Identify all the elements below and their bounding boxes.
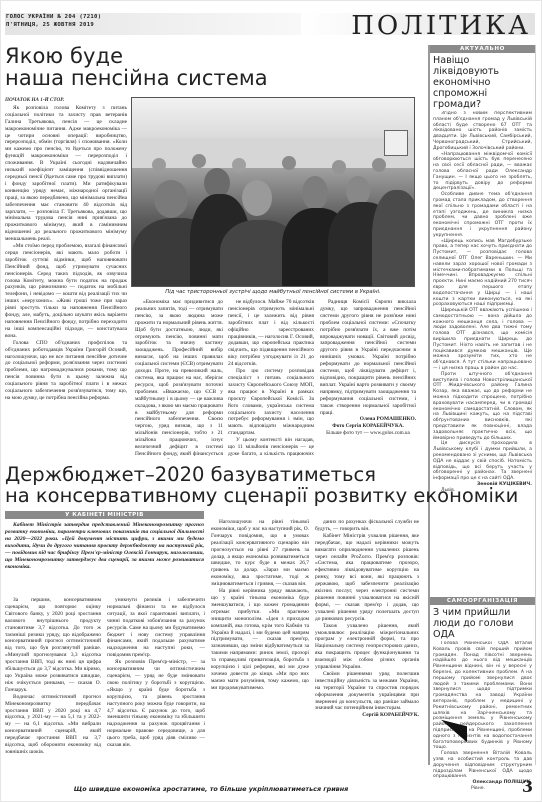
article1-paragraph: «Ми стоїмо перед проблемою, взагалі фіна… [5, 243, 127, 340]
sidebar-article2-title: З чим прийшли люди до голови ОДА [430, 605, 535, 641]
article2-paragraph: Наголошуючи на рівні тіньової економіки,… [211, 519, 309, 588]
article1-paragraph: «Економіка має придивитися до реальних з… [135, 299, 223, 459]
article2-paragraph: На рівні керівника уряду вважають, що у … [211, 588, 309, 692]
article2-section-tag: У КАБІНЕТІ МІНІСТРІВ [5, 511, 204, 519]
newspaper-page: ГОЛОС УКРАЇНИ № 204 (7210) П'ЯТНИЦЯ, 25 … [0, 0, 542, 802]
article1-column-2: «Економіка має придивитися до реальних з… [135, 299, 223, 459]
article2-paragraph: Своїми рішеннями уряд полегшив інвестиці… [315, 671, 419, 712]
photo-ceiling [132, 98, 414, 138]
continued-from-kicker: ПОЧАТОК НА 1-Й СТОР. [5, 97, 127, 104]
article1-paragraph: Про цю систему розповідав спеціаліст з п… [228, 368, 314, 437]
article1-paragraph: Голова СПО об'єднаних профспілок та об'є… [5, 340, 127, 402]
bottom-quote: Що швидше економіка зростатиме, то більш… [1, 785, 421, 793]
article1-paragraph: не відбулося. Майже 70 відсотків пенсіон… [228, 299, 314, 368]
photo-projection-screen [384, 130, 408, 156]
article1-headline-line1: Якою буде [5, 45, 268, 67]
article2-headline-line1: Держбюджет–2020 базуватиметься [5, 464, 518, 485]
sidebar-paragraph: Згідно з новим перспективним планом об'є… [433, 111, 532, 152]
article2-column-1: За першим, консервативним сценарієм, що … [5, 597, 101, 781]
article2-paragraph: Також ухвалено рішення, який уможливлює … [315, 623, 419, 671]
section-rubric: ПОЛІТИКА [351, 11, 531, 41]
sidebar-paragraph: Особливе дивне тема об'єднання громад ст… [433, 192, 532, 238]
article1-column-3: не відбулося. Майже 70 відсотків пенсіон… [228, 299, 314, 459]
sidebar-article2-place: Рівне. [433, 786, 532, 792]
article2-author: Сергій КОРАБЕЙЧУК. [315, 712, 419, 719]
article1-paragraph: У цьому контексті він нагадав, що 11 міл… [228, 437, 314, 459]
article2-column-4: даних по рахунках фіскальної служби не б… [315, 519, 419, 781]
article2-headline: Держбюджет–2020 базуватиметься на консер… [5, 464, 518, 506]
sidebar-tag-actual: АКТУАЛЬНО [430, 45, 535, 53]
article1-headline-line2: наша пенсійна система [5, 67, 268, 89]
article2-paragraph: Кабінет Міністрів ухвалив рішення, яке п… [315, 533, 419, 623]
sidebar-paragraph: Щирецькій ОТГ вважають успішною і самодо… [433, 308, 532, 372]
article2-paragraph: Як розповів Прем'єр-міністр, — за консер… [107, 659, 205, 749]
article2-headline-line2: на консервативному сценарії розвитку еко… [5, 485, 518, 506]
sidebar-article1-title: Навіщо ліквідовують економічно спроможні… [430, 53, 535, 111]
article2-paragraph: даних по рахунках фіскальної служби не б… [315, 519, 419, 533]
article2-paragraph: За першим, консервативним сценарієм, що … [5, 597, 101, 694]
sidebar-paragraph: Проти штучного об'єднання виступила і го… [433, 372, 532, 442]
sidebar-paragraph: «Щирець колись мав Магдебурзьке право, а… [433, 239, 532, 309]
article2-column-2: уникнути ризиків і забезпечити нормальні… [107, 597, 205, 781]
article1-column-4: Радниця Комісії Європи виклала думку, що… [320, 299, 416, 459]
page-number: 3 [522, 777, 533, 796]
article1-column-1: ПОЧАТОК НА 1-Й СТОР. Як розповіла голова… [5, 97, 127, 459]
sidebar-paragraph: «Напрацювання міжвідомчої комісії обгово… [433, 152, 532, 193]
article2-paragraph: Водночас оптимістичний прогноз Мінеконом… [5, 694, 101, 756]
article2-lead: Кабінет Міністрів затвердив представлени… [5, 522, 204, 571]
sidebar-article1-body: Згідно з новим перспективним планом об'є… [430, 111, 535, 591]
photo-caption: Під час тристоронньої зустрічі щодо майб… [131, 289, 415, 295]
sidebar-paragraph: Голова звернення Віталій Коваль узяв на … [433, 751, 532, 780]
conference-photo [131, 97, 415, 287]
article2-paragraph: уникнути ризиків і забезпечити нормальні… [107, 597, 205, 659]
article2-column-3: Наголошуючи на рівні тіньової економіки,… [211, 519, 309, 781]
article2-lead-text: Кабінет Міністрів затвердив представлени… [5, 522, 204, 571]
sidebar-tag-selforg: САМООРГАНІЗАЦІЯ [430, 597, 535, 605]
article1-more-photos: Більше фото тут — www.golos.com.ua [320, 430, 416, 437]
article1-paragraph: Як розповіла голова Комітету з питань со… [5, 105, 127, 243]
article1-headline: Якою буде наша пенсійна система [5, 45, 268, 89]
sidebar: АКТУАЛЬНО Навіщо ліквідовують економічно… [428, 45, 536, 765]
article1-paragraph: Радниця Комісії Європи виклала думку, що… [320, 299, 416, 416]
